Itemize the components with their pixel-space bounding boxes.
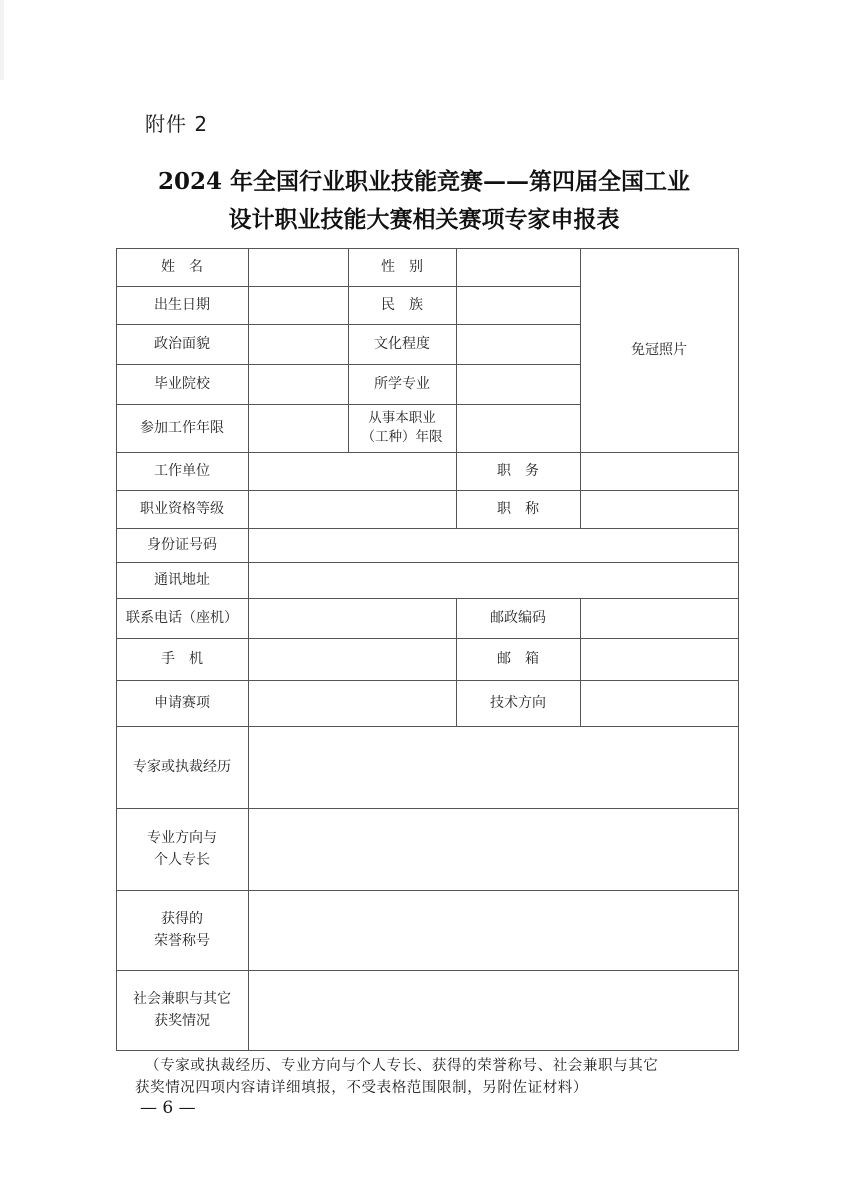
- label-applied-event: 申请赛项: [116, 680, 248, 726]
- photo-box[interactable]: 免冠照片: [580, 248, 738, 452]
- applied-event-field[interactable]: [248, 680, 456, 726]
- form-title-line-2: 设计职业技能大赛相关赛项专家申报表: [0, 201, 848, 234]
- email-field[interactable]: [580, 638, 738, 680]
- label-specialty-line-1: 专业方向与: [147, 827, 217, 849]
- label-education: 文化程度: [348, 324, 456, 364]
- postal-code-field[interactable]: [580, 598, 738, 638]
- label-id-number: 身份证号码: [116, 528, 248, 562]
- gender-field[interactable]: [456, 248, 580, 286]
- label-position: 职 务: [456, 452, 580, 490]
- label-name: 姓 名: [116, 248, 248, 286]
- label-occupation-years-line-2: （工种）年限: [362, 428, 443, 447]
- political-status-field[interactable]: [248, 324, 348, 364]
- birth-date-field[interactable]: [248, 286, 348, 324]
- expert-experience-field[interactable]: [248, 726, 738, 808]
- label-birth-date: 出生日期: [116, 286, 248, 324]
- mobile-field[interactable]: [248, 638, 456, 680]
- major-field[interactable]: [456, 364, 580, 404]
- label-gender: 性 别: [348, 248, 456, 286]
- graduated-school-field[interactable]: [248, 364, 348, 404]
- label-employer: 工作单位: [116, 452, 248, 490]
- table-border-right: [738, 248, 739, 1051]
- label-expert-experience: 专家或执裁经历: [116, 726, 248, 808]
- honors-field[interactable]: [248, 890, 738, 970]
- label-social-line-1: 社会兼职与其它: [133, 988, 231, 1010]
- tech-direction-field[interactable]: [580, 680, 738, 726]
- label-specialty-line-2: 个人专长: [154, 849, 210, 871]
- specialty-field[interactable]: [248, 808, 738, 890]
- label-mobile: 手 机: [116, 638, 248, 680]
- note-line-2: 获奖情况四项内容请详细填报，不受表格范围限制，另附佐证材料）: [135, 1076, 588, 1097]
- occupation-years-field[interactable]: [456, 404, 580, 452]
- label-political-status: 政治面貌: [116, 324, 248, 364]
- label-honors-line-2: 荣誉称号: [154, 930, 210, 952]
- page-number: — 6 —: [140, 1098, 196, 1118]
- note-line-1: （专家或执裁经历、专业方向与个人专长、获得的荣誉称号、社会兼职与其它: [145, 1054, 658, 1075]
- scan-edge: [0, 0, 4, 80]
- label-occupation-years: 从事本职业 （工种）年限: [348, 404, 456, 452]
- title-rank-field[interactable]: [580, 490, 738, 528]
- name-field[interactable]: [248, 248, 348, 286]
- address-field[interactable]: [248, 562, 738, 598]
- table-border-bottom: [116, 1050, 739, 1051]
- id-number-field[interactable]: [248, 528, 738, 562]
- landline-field[interactable]: [248, 598, 456, 638]
- label-address: 通讯地址: [116, 562, 248, 598]
- label-major: 所学专业: [348, 364, 456, 404]
- qualification-level-field[interactable]: [248, 490, 456, 528]
- employer-field[interactable]: [248, 452, 456, 490]
- ethnicity-field[interactable]: [456, 286, 580, 324]
- form-title-line-1: 2024 年全国行业职业技能竞赛——第四届全国工业: [0, 163, 848, 196]
- attachment-label: 附件 2: [145, 108, 208, 137]
- label-occupation-years-line-1: 从事本职业: [368, 409, 436, 428]
- label-honors-line-1: 获得的: [161, 908, 203, 930]
- label-honors: 获得的 荣誉称号: [116, 890, 248, 970]
- education-field[interactable]: [456, 324, 580, 364]
- label-graduated-school: 毕业院校: [116, 364, 248, 404]
- label-title-rank: 职 称: [456, 490, 580, 528]
- label-work-years: 参加工作年限: [116, 404, 248, 452]
- label-postal-code: 邮政编码: [456, 598, 580, 638]
- label-specialty: 专业方向与 个人专长: [116, 808, 248, 890]
- position-field[interactable]: [580, 452, 738, 490]
- label-social-positions: 社会兼职与其它 获奖情况: [116, 970, 248, 1050]
- label-email: 邮 箱: [456, 638, 580, 680]
- label-social-line-2: 获奖情况: [154, 1010, 210, 1032]
- label-ethnicity: 民 族: [348, 286, 456, 324]
- work-years-field[interactable]: [248, 404, 348, 452]
- social-positions-field[interactable]: [248, 970, 738, 1050]
- label-tech-direction: 技术方向: [456, 680, 580, 726]
- label-landline: 联系电话（座机）: [116, 598, 248, 638]
- label-qualification-level: 职业资格等级: [116, 490, 248, 528]
